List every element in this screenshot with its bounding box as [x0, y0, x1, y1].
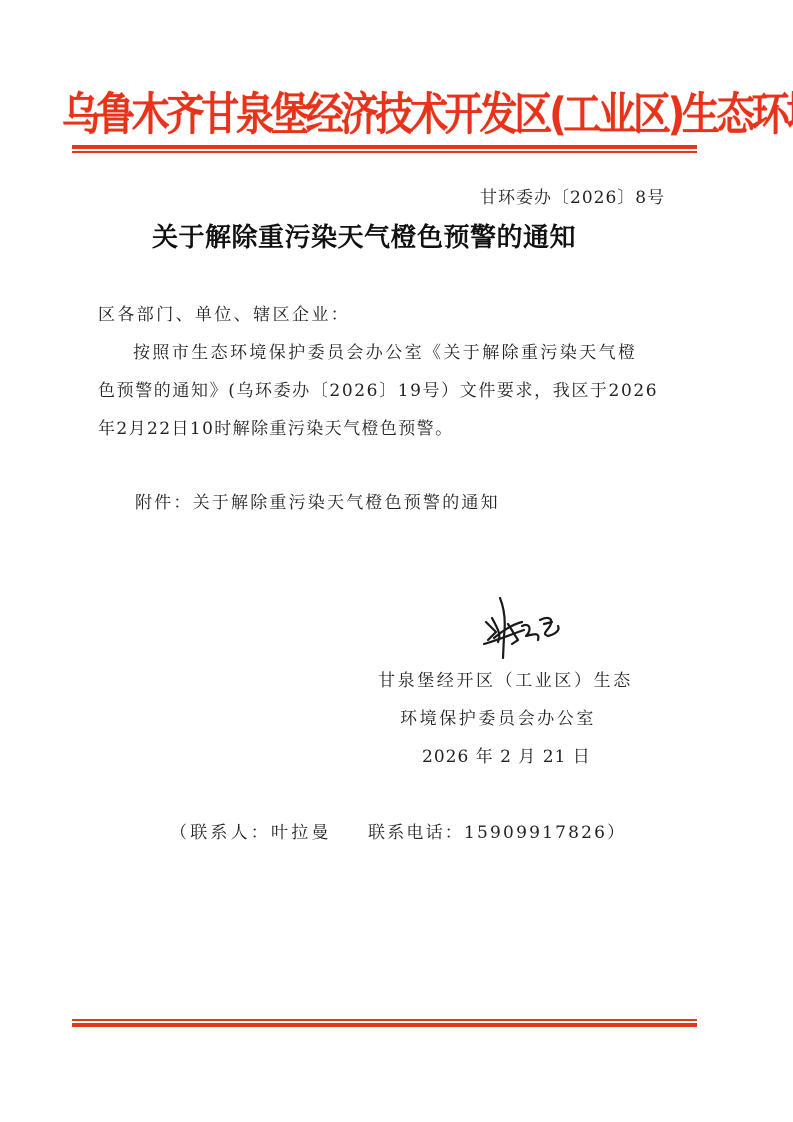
footer-rule-thick [72, 1023, 697, 1027]
body-line-3: 年2月22日10时解除重污染天气橙色预警。 [98, 414, 453, 439]
issuer-line-2: 环境保护委员会办公室 [400, 704, 596, 729]
issuer-line-1: 甘泉堡经开区（工业区）生态 [378, 666, 633, 691]
header-rule-thin [72, 151, 697, 153]
document-title: 关于解除重污染天气橙色预警的通知 [152, 217, 576, 254]
contact-phone: 联系电话：15909917826） [368, 818, 626, 843]
issue-date: 2026 年 2 月 21 日 [422, 742, 591, 767]
handwritten-signature-icon [478, 596, 578, 660]
body-line-1: 按照市生态环境保护委员会办公室《关于解除重污染天气橙 [133, 338, 637, 363]
footer-rule-thin [72, 1019, 697, 1021]
attachment-line: 附件：关于解除重污染天气橙色预警的通知 [135, 488, 500, 513]
masthead-org-name: 乌鲁木齐甘泉堡经济技术开发区(工业区)生态环境保护委员会办公室 [62, 81, 734, 147]
salutation: 区各部门、单位、辖区企业： [98, 300, 350, 325]
body-line-2: 色预警的通知》(乌环委办〔2026〕19号）文件要求，我区于2026 [98, 376, 658, 401]
header-rule-thick [72, 145, 697, 149]
contact-person: （联系人：叶拉曼 [170, 818, 332, 843]
document-number: 甘环委办〔2026〕8号 [480, 183, 665, 208]
